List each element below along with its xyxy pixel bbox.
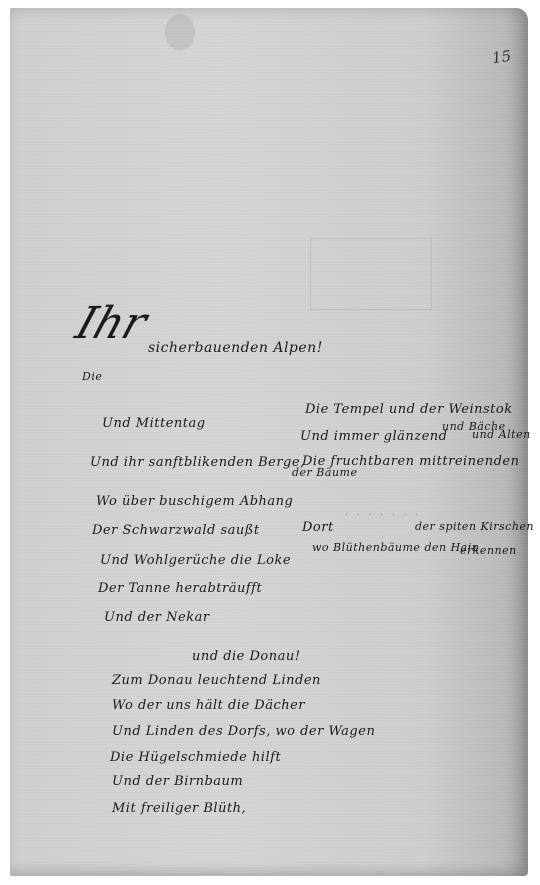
- left-line-4: Der Schwarzwald saußt: [92, 523, 260, 538]
- right-line-1: Die Tempel und der Weinstok: [305, 402, 513, 417]
- left-line-1: Und Mittentag: [102, 416, 206, 431]
- right-line-5: wo Blüthenbäume den Hain: [312, 541, 479, 554]
- right-insertion-2: und Alten: [472, 428, 531, 441]
- bottom-line-5: Die Hügelschmiede hilft: [110, 750, 281, 765]
- title-initial: Ihr: [70, 298, 153, 349]
- bottom-line-7: Mit freiliger Blüth,: [112, 801, 246, 816]
- title-text: sicherbauenden Alpen!: [148, 340, 323, 356]
- left-line-5: Und Wohlgerüche die Loke: [100, 553, 291, 568]
- bottom-line-2: Zum Donau leuchtend Linden: [112, 673, 321, 688]
- right-insertion-4: der spiten Kirschen: [415, 520, 534, 533]
- bottom-line-6: Und der Birnbaum: [112, 774, 243, 789]
- right-line-2: Und immer glänzend: [300, 429, 447, 444]
- left-line-2: Und ihr sanftblikenden Berge,: [90, 455, 305, 470]
- manuscript-page: 15 Ihr sicherbauenden Alpen! Die Und Mit…: [10, 8, 528, 876]
- bottom-line-1: und die Donau!: [192, 649, 300, 664]
- left-line-3: Wo über buschigem Abhang: [96, 494, 293, 509]
- ellipsis-dots: . . . . . . .: [345, 508, 421, 518]
- bottom-line-4: Und Linden des Dorfs, wo der Wagen: [112, 724, 375, 739]
- right-insertion-3: der Bäume: [292, 466, 357, 479]
- left-line-6: Der Tanne herabträufft: [98, 581, 262, 596]
- folio-number: 15: [491, 47, 512, 67]
- right-line-4: Dort: [302, 520, 334, 535]
- title-below-initial: Die: [82, 370, 102, 383]
- paper-stain: [165, 14, 195, 50]
- right-insertion-5: erkennen: [460, 544, 517, 557]
- bottom-line-3: Wo der uns hält die Dächer: [112, 698, 305, 713]
- faint-bleedthrough: [310, 238, 432, 310]
- left-line-7: Und der Nekar: [104, 610, 210, 625]
